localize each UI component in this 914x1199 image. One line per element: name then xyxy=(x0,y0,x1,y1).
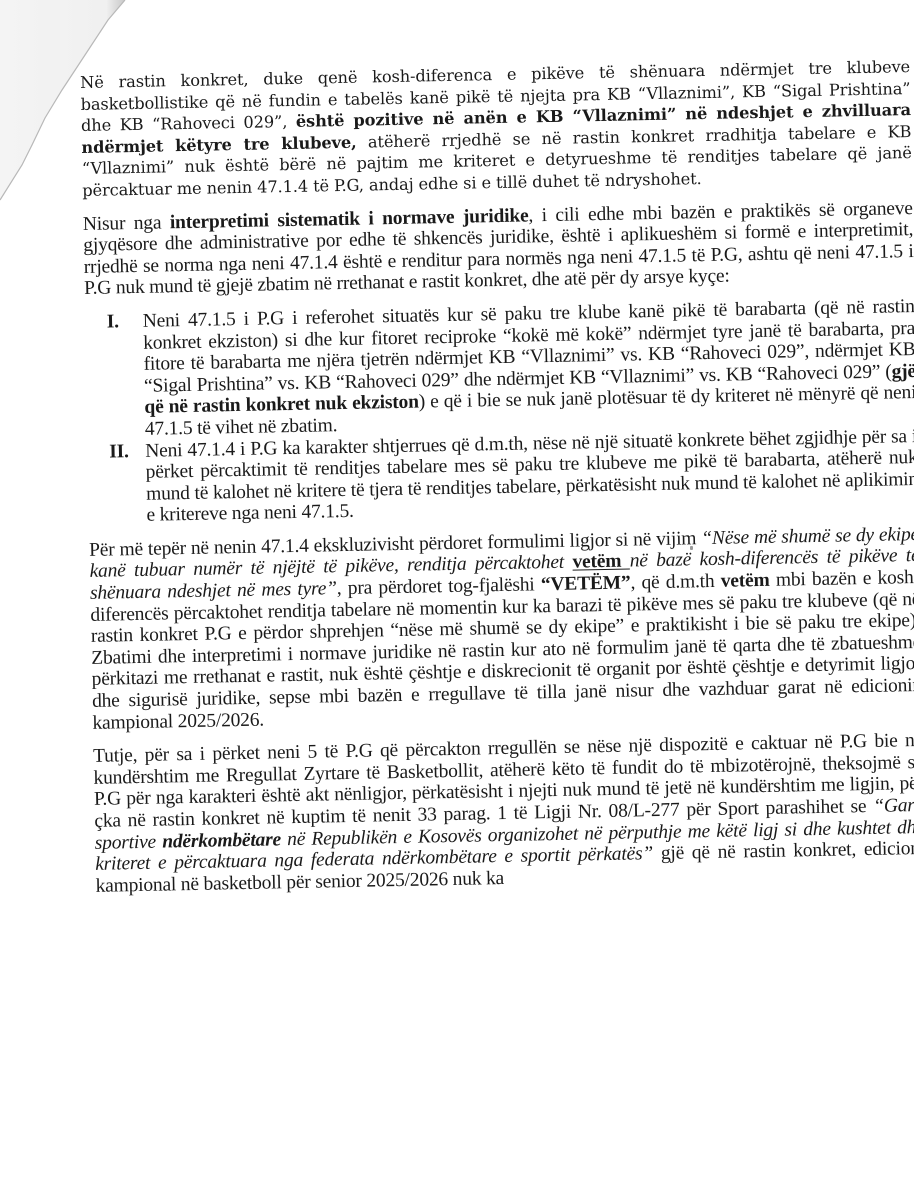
scan-speck xyxy=(690,546,693,550)
emphasis-bold: vetëm xyxy=(721,570,770,592)
emphasis-underlined: vetëm xyxy=(572,551,630,573)
paragraph-2: Nisur nga interpretimi sistematik i norm… xyxy=(83,198,914,300)
document-page: Në rastin konkret, duke qenë kosh-difere… xyxy=(80,56,914,909)
paragraph-3: Për më tepër në nenin 47.1.4 ekskluzivis… xyxy=(89,524,914,734)
emphasis-bold: “VETËM” xyxy=(541,573,631,596)
reasons-list: I. Neni 47.1.5 i P.G i referohet situatë… xyxy=(107,296,914,527)
list-item: II. Neni 47.1.4 i P.G ka karakter shtjer… xyxy=(109,425,914,527)
list-number: II. xyxy=(109,441,129,463)
paragraph-1: Në rastin konkret, duke qenë kosh-difere… xyxy=(80,56,912,201)
emphasis-bold-italic: ndërkombëtare xyxy=(162,829,281,852)
list-number: I. xyxy=(107,311,119,333)
list-item: I. Neni 47.1.5 i P.G i referohet situatë… xyxy=(107,296,914,441)
paragraph-4: Tutje, për sa i përket neni 5 të P.G që … xyxy=(93,730,914,897)
